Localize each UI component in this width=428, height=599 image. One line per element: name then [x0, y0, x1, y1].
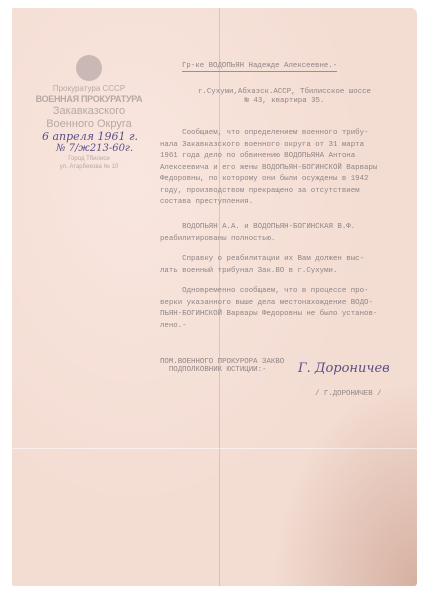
text-line: Алексеевича и его жены ВОДОПЬЯН-БОГИНСКО… [160, 163, 377, 175]
paragraph-2: ВОДОПЬЯН А.А. и ВОДОПЬЯН-БОГИНСКАЯ В.Ф.р… [160, 222, 355, 245]
ussr-emblem-icon [76, 55, 102, 81]
address-line-2: № 43, квартира 35. [198, 97, 371, 106]
text-line: 1961 года дело по обвинению ВОДОПЬЯНА Ан… [160, 151, 377, 163]
stamp-line-3: Закавказского [34, 105, 144, 118]
address-block: г.Сухуми,Абхазск.АССР, Тбилисское шоссе№… [198, 88, 371, 106]
paragraph-4: Одновременно сообщаем, что в процессе пр… [160, 286, 377, 332]
signatory-name: / Г.ДОРОНИЧЕВ / [315, 390, 382, 398]
signatory-title-line-1: ПОМ.ВОЕННОГО ПРОКУРОРА ЗАКВО [160, 358, 284, 366]
text-line: ПЬЯН-БОГИНСКОЙ Варвары Федоровны не было… [160, 309, 377, 321]
text-line: ВОДОПЬЯН А.А. и ВОДОПЬЯН-БОГИНСКАЯ В.Ф. [160, 222, 355, 234]
text-line: верки указанного выше дела местонахожден… [160, 298, 377, 310]
text-line: лать военный трибунал Зак.ВО в г.Сухуми. [160, 266, 364, 278]
stamp-line-city: Город Тбилиси [34, 155, 144, 163]
text-line: лено.- [160, 321, 377, 333]
handwritten-signature: Г. Дороничев [298, 361, 390, 376]
stamp-line-street: ул. Атарбекова № 10 [34, 163, 144, 171]
paragraph-3: Справку о реабилитации их Вам должен выс… [160, 254, 364, 277]
stamp-number: № 7/ж213-60г. [34, 143, 144, 155]
text-line: Сообщаем, что определением военного триб… [160, 128, 377, 140]
address-line-1: г.Сухуми,Абхазск.АССР, Тбилисское шоссе [198, 88, 371, 97]
addressee: Гр-ке ВОДОПЬЯН Надежде Алексеевне.- [182, 62, 337, 72]
letterhead-stamp: Прокуратура СССР ВОЕННАЯ ПРОКУРАТУРА Зак… [34, 55, 144, 171]
stamp-line-2: ВОЕННАЯ ПРОКУРАТУРА [34, 94, 144, 105]
text-line: реабилитированы полностью. [160, 234, 355, 246]
text-line: Справку о реабилитации их Вам должен выс… [160, 254, 364, 266]
paragraph-1: Сообщаем, что определением военного триб… [160, 128, 377, 209]
text-line: нала Закавказского военного округа от 31… [160, 140, 377, 152]
fold-line-horizontal [12, 448, 417, 449]
stamp-date: 6 апреля 1961 г. [34, 131, 144, 143]
text-line: Федоровны, по которому они были осуждены… [160, 174, 377, 186]
text-line: состава преступления. [160, 197, 377, 209]
text-line: году, производством прекращено за отсутс… [160, 186, 377, 198]
signatory-title-line-2: ПОДПОЛКОВНИК ЮСТИЦИИ:- [160, 366, 284, 374]
text-line: Одновременно сообщаем, что в процессе пр… [160, 286, 377, 298]
stamp-line-1: Прокуратура СССР [34, 84, 144, 94]
signatory-title: ПОМ.ВОЕННОГО ПРОКУРОРА ЗАКВО ПОДПОЛКОВНИ… [160, 358, 284, 374]
